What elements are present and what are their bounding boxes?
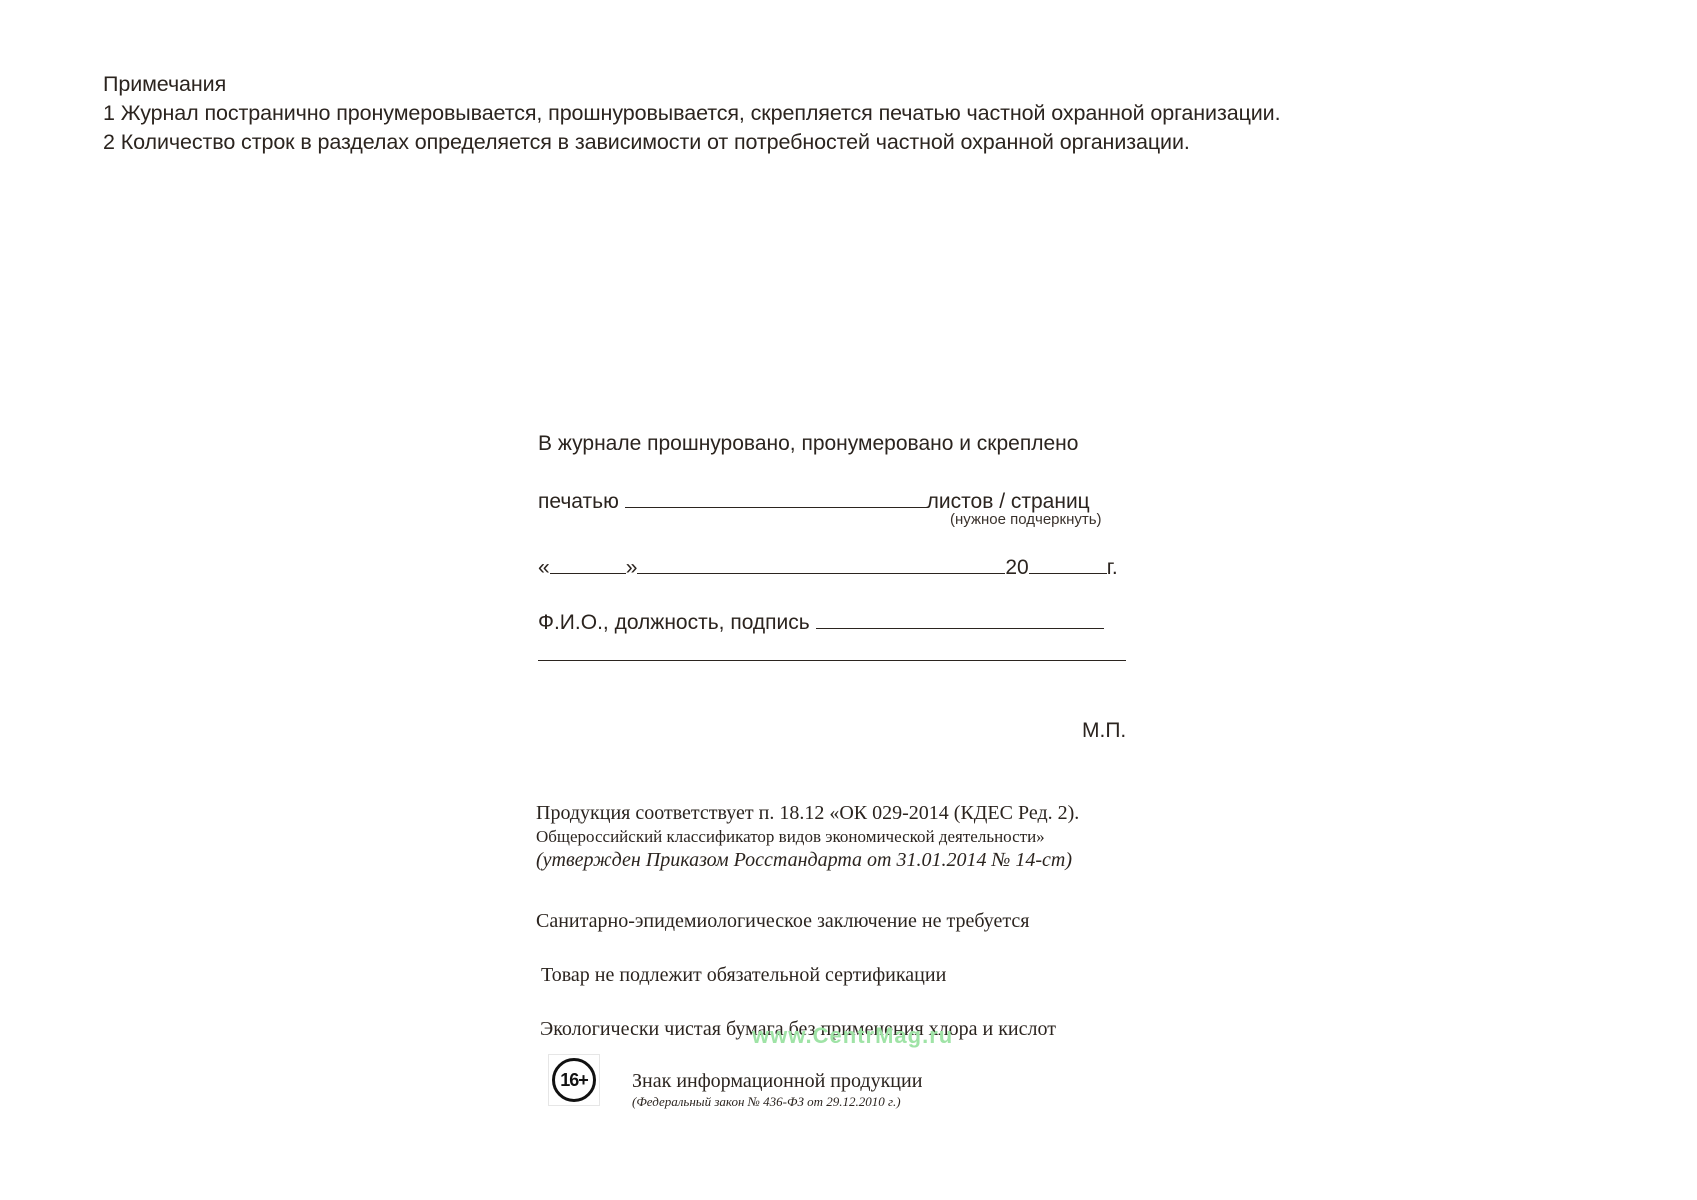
pages-count-field[interactable] <box>625 487 927 508</box>
form-line-1: В журнале прошнуровано, пронумеровано и … <box>538 432 1078 456</box>
notes-block: Примечания 1 Журнал постранично пронумер… <box>103 70 1280 157</box>
okved-line-2: Общероссийский классификатор видов эконо… <box>536 827 1079 847</box>
pages-prefix: печатью <box>538 490 619 513</box>
form-line-date: «»20г. <box>538 553 1118 580</box>
sanitary-label: Санитарно-эпидемиологическое заключение … <box>536 910 1029 932</box>
okved-line-3: (утвержден Приказом Росстандарта от 31.0… <box>536 849 1079 872</box>
note-item: 1 Журнал постранично пронумеровывается, … <box>103 99 1280 128</box>
note-item: 2 Количество строк в разделах определяет… <box>103 128 1280 157</box>
signature-extra-line[interactable] <box>538 660 1126 661</box>
okved-line-1: Продукция соответствует п. 18.12 «ОК 029… <box>536 802 1079 825</box>
date-year-suffix: г. <box>1107 556 1118 579</box>
info-sign-title: Знак информационной продукции <box>632 1070 922 1093</box>
info-sign-law: (Федеральный закон № 436-ФЗ от 29.12.201… <box>632 1094 901 1110</box>
pages-suffix: листов / страниц <box>927 490 1090 513</box>
date-year-field[interactable] <box>1029 553 1107 574</box>
age-rating-badge: 16+ <box>548 1054 600 1106</box>
form-line-pages: печатью листов / страниц <box>538 487 1090 514</box>
date-day-field[interactable] <box>550 553 626 574</box>
okved-block: Продукция соответствует п. 18.12 «ОК 029… <box>536 802 1079 872</box>
pages-hint: (нужное подчеркнуть) <box>950 511 1102 528</box>
certification-label: Товар не подлежит обязательной сертифика… <box>541 964 946 986</box>
date-open-quote: « <box>538 556 550 579</box>
form-line-signature: Ф.И.О., должность, подпись <box>538 608 1104 635</box>
signature-label: Ф.И.О., должность, подпись <box>538 611 810 634</box>
age-16-plus-icon: 16+ <box>552 1058 596 1102</box>
watermark: www.CentrMag.ru <box>752 1023 953 1049</box>
stamp-label: М.П. <box>1082 719 1126 743</box>
sanitary-text: Санитарно-эпидемиологическое заключение … <box>536 910 1029 933</box>
signature-field[interactable] <box>816 608 1104 629</box>
date-month-field[interactable] <box>637 553 1005 574</box>
date-close-quote: » <box>626 556 638 579</box>
certification-text: Товар не подлежит обязательной сертифика… <box>541 964 946 987</box>
notes-title: Примечания <box>103 70 1280 99</box>
date-year-prefix: 20 <box>1005 556 1028 579</box>
